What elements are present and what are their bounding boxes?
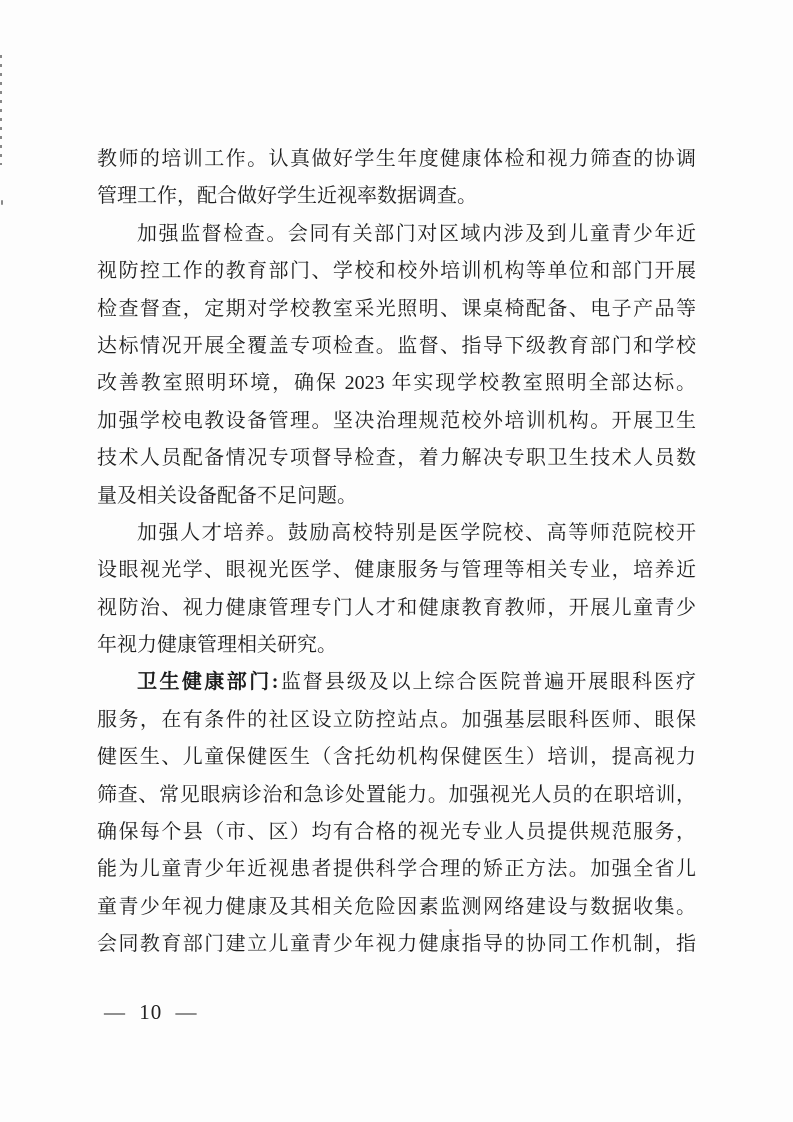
text-line: 筛查、常见眼病诊治和急诊处置能力。加强视光人员的在职培训， [97,777,696,814]
text-line: 教师的培训工作。认真做好学生年度健康体检和视力筛查的协调 [97,141,696,178]
text-line: 视防治、视力健康管理专门人才和健康教育教师，开展儿童青少 [97,590,696,627]
text-line: 童青少年视力健康及其相关危险因素监测网络建设与数据收集。 [97,889,696,926]
text-line: 加强学校电教设备管理。坚决治理规范校外培训机构。开展卫生 [97,403,696,440]
scan-speck [1,200,3,205]
text-line: 能为儿童青少年近视患者提供科学合理的矫正方法。加强全省儿 [97,851,696,888]
text-line: 改善教室照明环境，确保 2023 年实现学校教室照明全部达标。 [97,365,696,402]
text-line: 技术人员配备情况专项督导检查，着力解决专职卫生技术人员数 [97,440,696,477]
text-line: 达标情况开展全覆盖专项检查。监督、指导下级教育部门和学校 [97,328,696,365]
document-page: 教师的培训工作。认真做好学生年度健康体检和视力筛查的协调管理工作，配合做好学生近… [0,0,793,1122]
text-line: 会同教育部门建立儿童青少年视力健康指导的协同工作机制，指 [97,926,696,963]
text-line: 管理工作，配合做好学生近视率数据调查。 [97,178,696,215]
text-line: 加强监督检查。会同有关部门对区域内涉及到儿童青少年近 [97,216,696,253]
text-line: 检查督查，定期对学校教室采光照明、课桌椅配备、电子产品等 [97,291,696,328]
text-line: 健医生、儿童保健医生（含托幼机构保健医生）培训，提高视力 [97,739,696,776]
scan-edge-artifact [0,55,2,165]
text-line: 视防控工作的教育部门、学校和校外培训机构等单位和部门开展 [97,253,696,290]
text-line: 加强人才培养。鼓励高校特别是医学院校、高等师范院校开 [97,515,696,552]
text-line: 服务，在有条件的社区设立防控站点。加强基层眼科医师、眼保 [97,702,696,739]
text-line: 年视力健康管理相关研究。 [97,627,696,664]
text-line: 量及相关设备配备不足问题。 [97,478,696,515]
page-number: — 10 — [104,1000,198,1025]
text-line: 确保每个县（市、区）均有合格的视光专业人员提供规范服务， [97,814,696,851]
paragraph-lead-bold: 卫生健康部门: [137,671,279,693]
text-line: 卫生健康部门:监督县级及以上综合医院普遍开展眼科医疗 [97,664,696,701]
document-body: 教师的培训工作。认真做好学生年度健康体检和视力筛查的协调管理工作，配合做好学生近… [97,141,696,964]
text-line: 设眼视光学、眼视光医学、健康服务与管理等相关专业，培养近 [97,552,696,589]
